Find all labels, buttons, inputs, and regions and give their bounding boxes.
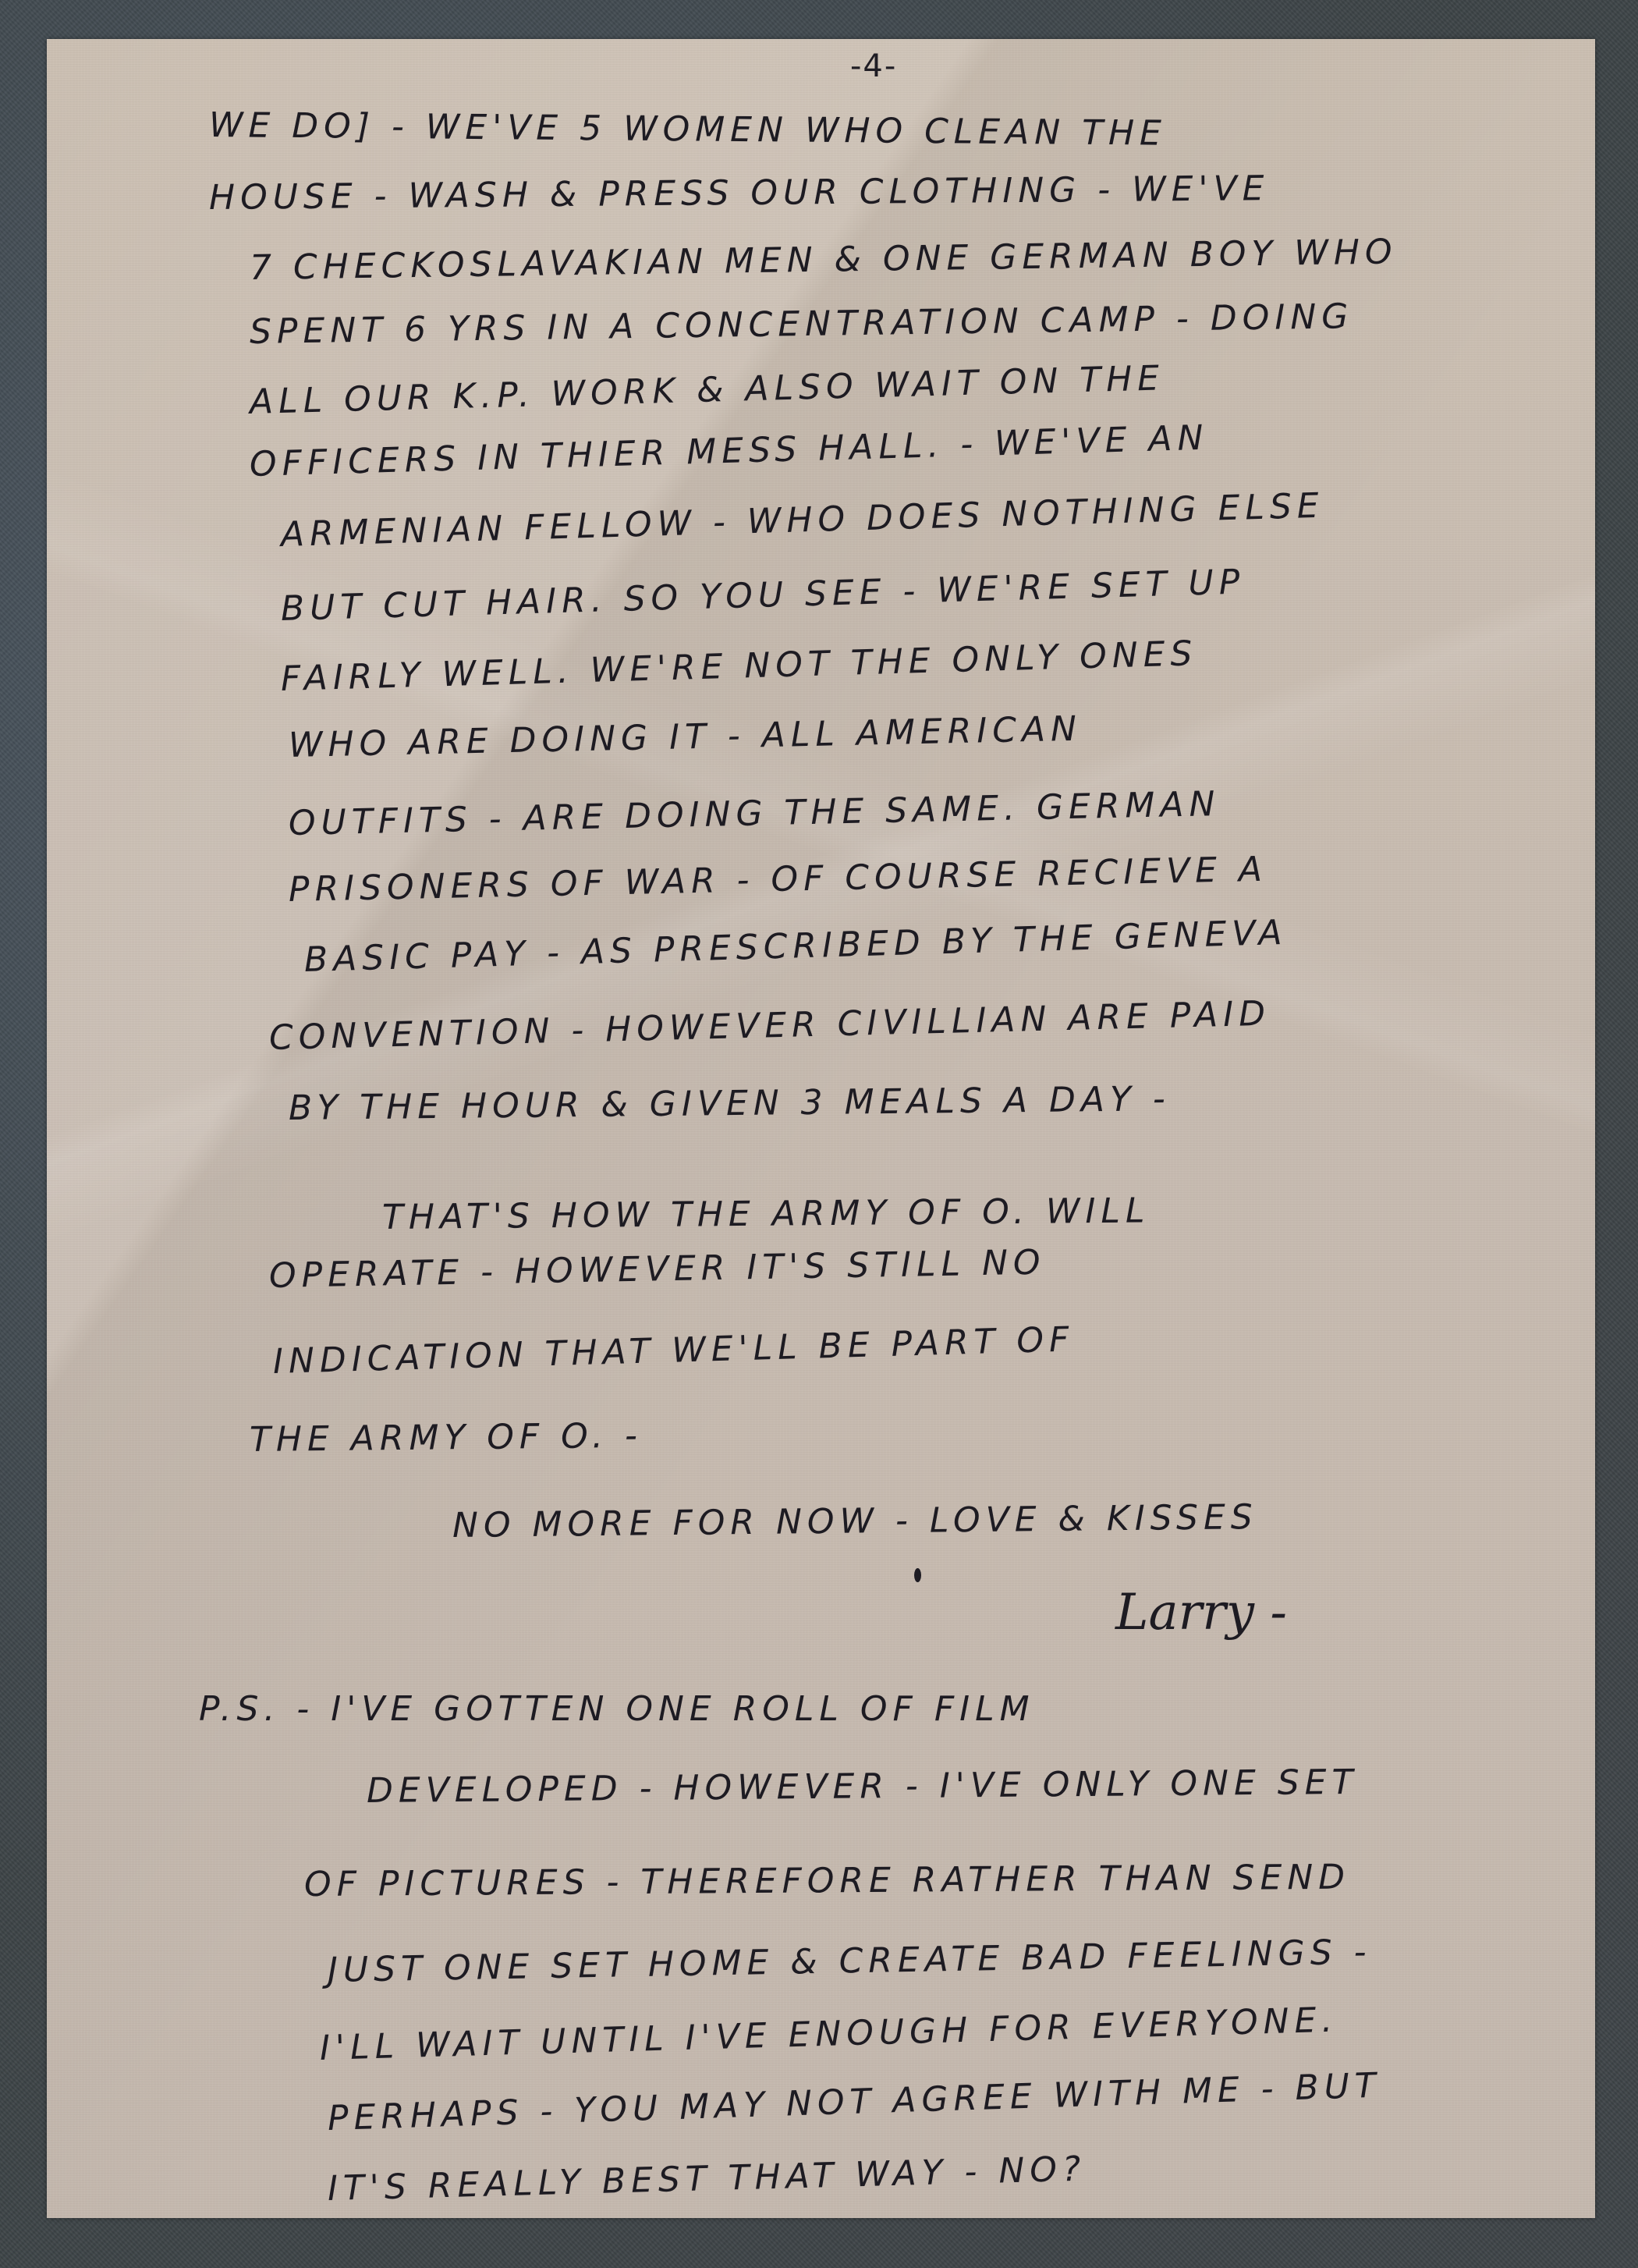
signature: Larry - — [1115, 1584, 1287, 1642]
postscript-line: P.S. - I've gotten one roll of film — [199, 1689, 1035, 1729]
ink-blot — [914, 1568, 921, 1582]
page-number: -4- — [850, 48, 897, 84]
closing-line: No more for now - Love & Kisses — [452, 1497, 1258, 1546]
letter-line: That's how the Army of O. will — [382, 1191, 1150, 1237]
letter-line: the Army of O. - — [250, 1416, 643, 1460]
postscript-line: of pictures - Therefore rather than send — [304, 1858, 1350, 1904]
letter-line: we do] - We've 5 women who clean the — [209, 105, 1167, 154]
